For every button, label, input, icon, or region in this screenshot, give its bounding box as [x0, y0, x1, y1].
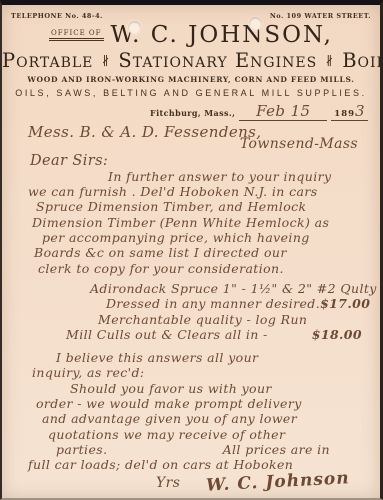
- punch-hole-icon: [128, 21, 141, 34]
- salutation: Dear Sirs:: [30, 154, 368, 169]
- company-name-row: OFFICE OFW. C. JOHNSON,: [2, 22, 380, 48]
- quote-line: Adirondack Spruce 1" - 1½" & 2" #2 Qulty: [90, 281, 368, 296]
- year-field: 1893: [331, 101, 368, 121]
- body-line: Dimension Timber (Penn White Hemlock) as: [32, 215, 368, 230]
- parties-text: parties.: [56, 442, 107, 457]
- products-boilers: Boilers,: [342, 49, 383, 72]
- body-line: I believe this answers all your: [56, 350, 368, 365]
- quote-line: Mill Culls out & Clears all in - $18.00: [66, 327, 368, 342]
- company-name: W. C. JOHNSON,: [111, 22, 333, 48]
- products-stationary-engines: Stationary Engines: [118, 49, 317, 72]
- ornament-and-icon: ∦: [324, 54, 335, 68]
- products-line: Portable ∦ Stationary Engines ∦ Boilers,: [2, 49, 380, 72]
- dateline: Fitchburg, Mass., Feb 15 1893: [150, 101, 368, 121]
- office-of-label: OFFICE OF: [49, 29, 104, 41]
- supplies-line: OILS, SAWS, BELTING AND GENERAL MILL SUP…: [2, 88, 380, 98]
- letter-body: Mess. B. & A. D. Fessendens, Townsend-Ma…: [2, 121, 380, 491]
- body-line: quotations we may receive of other: [48, 427, 368, 442]
- closing: Yrs: [156, 476, 180, 491]
- body-line: per accompanying price, which haveing: [42, 230, 368, 245]
- body-line: Boards &c on same list I directed our: [34, 245, 368, 260]
- telephone-label: TELEPHONE No. 48-4.: [11, 12, 103, 20]
- body-line: and advantage given you of any lower: [42, 411, 368, 426]
- price-amount: $18.00: [312, 327, 362, 342]
- ornament-and-icon: ∦: [101, 54, 112, 68]
- signature-row: Yrs W. C. Johnson: [28, 475, 368, 491]
- machinery-line: WOOD AND IRON-WORKING MACHINERY, CORN AN…: [2, 75, 380, 84]
- body-line: order - we would make prompt delivery: [36, 396, 368, 411]
- body-line: In further answer to your inquiry: [108, 169, 368, 184]
- year-handwritten: 3: [355, 102, 365, 120]
- punch-hole-icon: [249, 17, 262, 30]
- body-line: Spruce Dimension Timber, and Hemlock: [36, 199, 368, 214]
- prices-text: All prices are in: [223, 442, 330, 457]
- date-handwritten: Feb 15: [239, 102, 327, 121]
- body-line: inquiry, as rec'd:: [32, 365, 368, 380]
- body-line: we can furnish . Del'd Hoboken N.J. in c…: [28, 184, 368, 199]
- quote-text: Mill Culls out & Clears all in -: [66, 327, 268, 342]
- products-portable: Portable: [2, 49, 93, 72]
- body-line: Should you favor us with your: [70, 381, 368, 396]
- body-line: clerk to copy for your consideration.: [38, 261, 368, 276]
- price-amount: $17.00: [320, 296, 370, 311]
- scanned-letter-page: TELEPHONE No. 48-4. No. 109 WATER STREET…: [0, 0, 383, 500]
- street-address-label: No. 109 WATER STREET.: [270, 12, 371, 20]
- quote-line: Dressed in any manner desired. $17.00: [106, 296, 368, 311]
- quote-line: Merchantable quality - log Run: [98, 312, 368, 327]
- quote-text: Dressed in any manner desired.: [106, 296, 320, 311]
- signature: W. C. Johnson: [206, 471, 350, 494]
- dateline-place: Fitchburg, Mass.,: [150, 108, 235, 118]
- body-line: parties. All prices are in: [56, 442, 368, 457]
- letterhead-corner-row: TELEPHONE No. 48-4. No. 109 WATER STREET…: [2, 5, 380, 20]
- year-printed: 189: [334, 109, 355, 119]
